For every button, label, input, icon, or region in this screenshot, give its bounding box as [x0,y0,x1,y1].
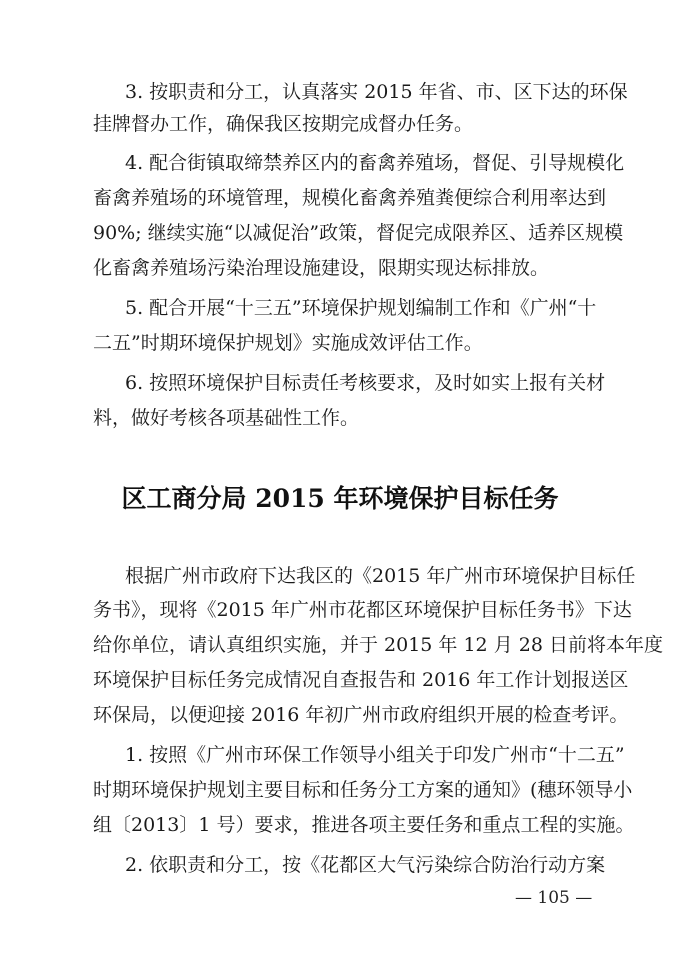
text-line: 5. 配合开展“十三五”环境保护规划编制工作和《广州“十 [125,296,587,320]
text-line: 2. 依职责和分工，按《花都区大气污染综合防治行动方案 [125,853,587,877]
section-title: 区工商分局 2015 年环境保护目标任务 [0,483,680,515]
text-line: 4. 配合街镇取缔禁养区内的畜禽养殖场，督促、引导规模化 [125,151,587,175]
text-line: 时期环境保护规划主要目标和任务分工方案的通知》(穗环领导小 [93,778,587,802]
text-line: 根据广州市政府下达我区的《2015 年广州市环境保护目标任 [125,564,587,588]
text-line: 环保局，以便迎接 2016 年初广州市政府组织开展的检查考评。 [93,703,587,727]
text-line: 畜禽养殖场的环境管理，规模化畜禽养殖粪便综合利用率达到 [93,186,587,210]
text-line: 90%; 继续实施“以减促治”政策，督促完成限养区、适养区规模 [93,221,587,245]
text-line: 二五”时期环境保护规划》实施成效评估工作。 [93,331,587,355]
text-line: 环境保护目标任务完成情况自查报告和 2016 年工作计划报送区 [93,668,587,692]
text-line: 料，做好考核各项基础性工作。 [93,406,587,430]
text-line: 组〔2013〕1 号）要求，推进各项主要任务和重点工程的实施。 [93,813,587,837]
text-line: 给你单位，请认真组织实施，并于 2015 年 12 月 28 日前将本年度 [93,633,587,657]
document-page: 3. 按职责和分工，认真落实 2015 年省、市、区下达的环保 挂牌督办工作，确… [0,0,680,962]
text-line: 务书》，现将《2015 年广州市花都区环境保护目标任务书》下达 [93,598,587,622]
text-line: 挂牌督办工作，确保我区按期完成督办任务。 [93,112,587,136]
text-line: 1. 按照《广州市环保工作领导小组关于印发广州市“十二五” [125,743,587,767]
text-line: 化畜禽养殖场污染治理设施建设，限期实现达标排放。 [93,256,587,280]
text-line: 3. 按职责和分工，认真落实 2015 年省、市、区下达的环保 [125,80,587,104]
text-line: 6. 按照环境保护目标责任考核要求，及时如实上报有关材 [125,371,587,395]
page-number: — 105 — [515,887,592,909]
